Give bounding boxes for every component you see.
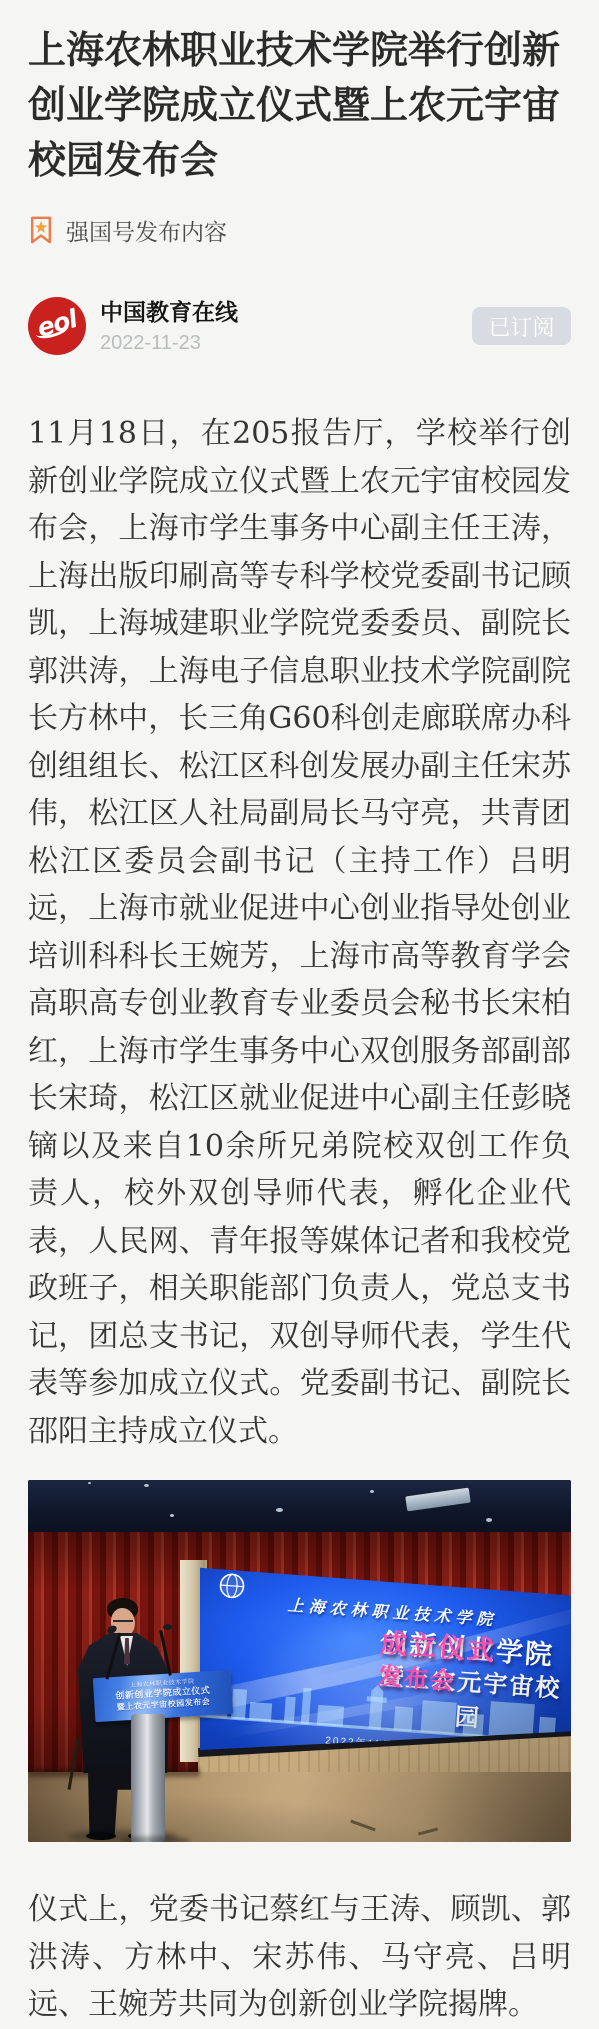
podium-pillar [131,1714,165,1842]
speaker-glasses [113,1620,133,1623]
badge-label: 强国号发布内容 [66,214,227,247]
article-page: 上海农林职业技术学院举行创新创业学院成立仪式暨上农元宇宙校园发布会 强国号发布内… [0,0,599,2029]
bookmark-star-icon [28,215,54,245]
led-screen: 上海农林职业技术学院 创新创业学院成立仪式 暨上农元宇宙校园发布会 [200,1564,571,1750]
article-paragraph-2: 仪式上，党委书记蔡红与王涛、顾凯、郭洪涛、方林中、宋苏伟、马守亮、吕明远、王婉芳… [28,1886,571,2029]
publisher-row[interactable]: eol 中国教育在线 2022-11-23 已订阅 [28,297,571,355]
publisher-name: 中国教育在线 [100,298,238,326]
source-badge: 强国号发布内容 [28,215,571,245]
subscribed-button[interactable]: 已订阅 [472,307,571,345]
publish-date: 2022-11-23 [100,331,238,355]
publisher-avatar: eol [28,297,86,355]
publisher-info: 中国教育在线 2022-11-23 [100,298,238,355]
article-paragraph-1: 11月18日，在205报告厅，学校举行创新创业学院成立仪式暨上农元宇宙校园发布会… [28,410,571,1455]
article-title: 上海农林职业技术学院举行创新创业学院成立仪式暨上农元宇宙校园发布会 [28,0,571,187]
article-photo[interactable]: 上海农林职业技术学院 创新创业学院成立仪式 暨上农元宇宙校园发布会 [28,1480,571,1842]
